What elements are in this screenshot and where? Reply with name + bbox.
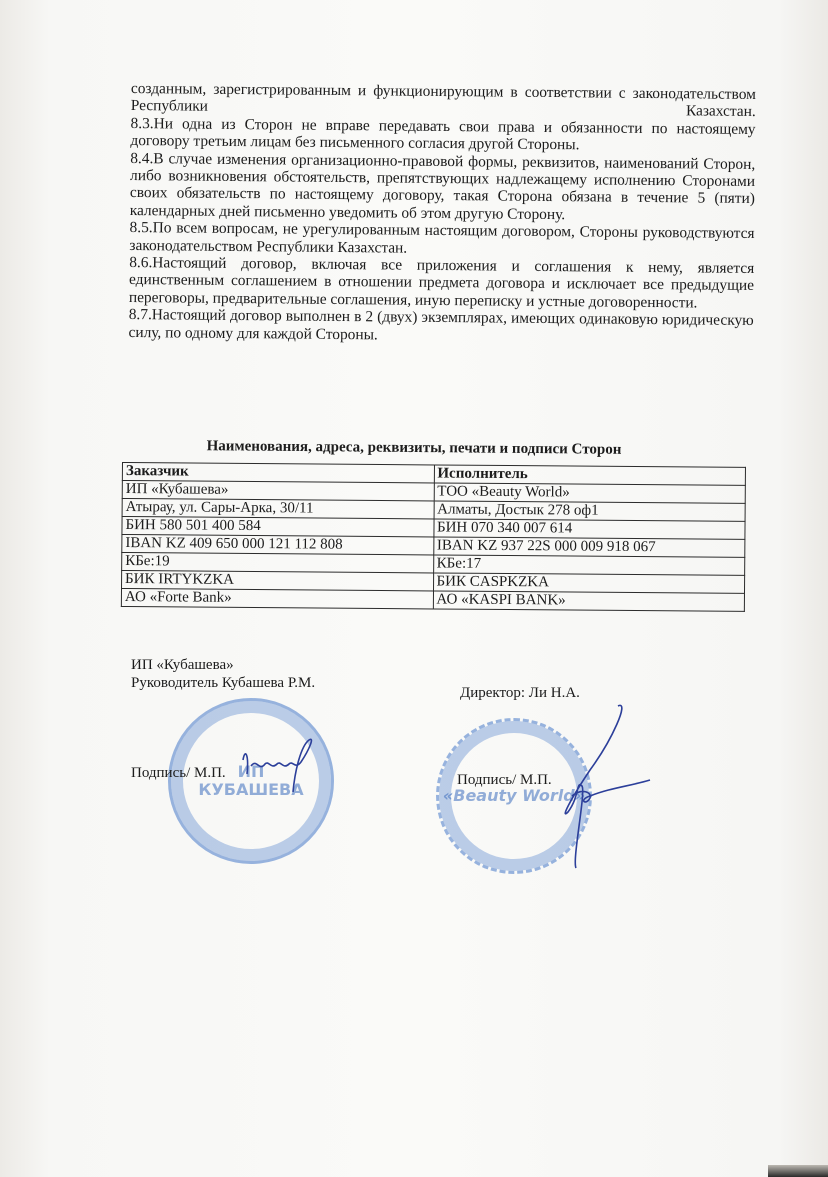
table-cell: Алматы, Достык 278 оф1: [434, 501, 746, 521]
table-cell: БИН 070 340 007 614: [433, 519, 745, 539]
contractor-signature-icon: [520, 700, 660, 870]
table-cell: БИК CASPKZKA: [433, 573, 745, 593]
document-page: созданным, зарегистрированным и функцион…: [0, 0, 828, 1177]
table-cell: БИК IRTYKZKA: [122, 571, 434, 591]
customer-signature-block: ИП «Кубашева» Руководитель Кубашева Р.М.: [131, 656, 315, 692]
page-corner-shadow: [768, 1165, 828, 1177]
paragraph-8-5: 8.5.По всем вопросам, не урегулированным…: [129, 219, 754, 260]
table-cell: ТОО «Beauty World»: [434, 483, 746, 503]
paragraph-8-3: 8.3.Ни одна из Сторон не вправе передава…: [130, 115, 755, 156]
table-cell: IBAN KZ 409 650 000 121 112 808: [122, 535, 434, 555]
paragraph-8-7: 8.7.Настоящий договор выполнен в 2 (двух…: [128, 306, 753, 347]
customer-company: ИП «Кубашева»: [131, 656, 315, 674]
table-cell: АО «KASPI BANK»: [433, 591, 745, 611]
paragraph-8-6: 8.6.Настоящий договор, включая все прило…: [129, 254, 754, 312]
table-row: АО «Forte Bank» АО «KASPI BANK»: [121, 589, 744, 612]
paragraph-8-2-end: созданным, зарегистрированным и функцион…: [131, 80, 756, 121]
requisites-table: Заказчик Исполнитель ИП «Кубашева» ТОО «…: [121, 462, 746, 612]
contract-body: созданным, зарегистрированным и функцион…: [128, 80, 755, 347]
header-contractor: Исполнитель: [434, 465, 746, 485]
table-cell: ИП «Кубашева»: [122, 481, 434, 501]
section-title: Наименования, адреса, реквизиты, печати …: [0, 436, 828, 460]
table-cell: КБе:19: [122, 553, 434, 573]
table-cell: Атырау, ул. Сары-Арка, 30/11: [122, 499, 434, 519]
customer-signature-label: Подпись/ М.П.: [131, 765, 226, 782]
table-cell: БИН 580 501 400 584: [122, 517, 434, 537]
table-cell: КБе:17: [433, 555, 745, 575]
table-cell: АО «Forte Bank»: [121, 589, 433, 609]
customer-person: Руководитель Кубашева Р.М.: [131, 674, 315, 692]
customer-signature-icon: [235, 730, 325, 800]
paragraph-8-4: 8.4.В случае изменения организационно-пр…: [130, 150, 756, 226]
header-customer: Заказчик: [122, 463, 434, 483]
table-cell: IBAN KZ 937 22S 000 009 918 067: [433, 537, 745, 557]
